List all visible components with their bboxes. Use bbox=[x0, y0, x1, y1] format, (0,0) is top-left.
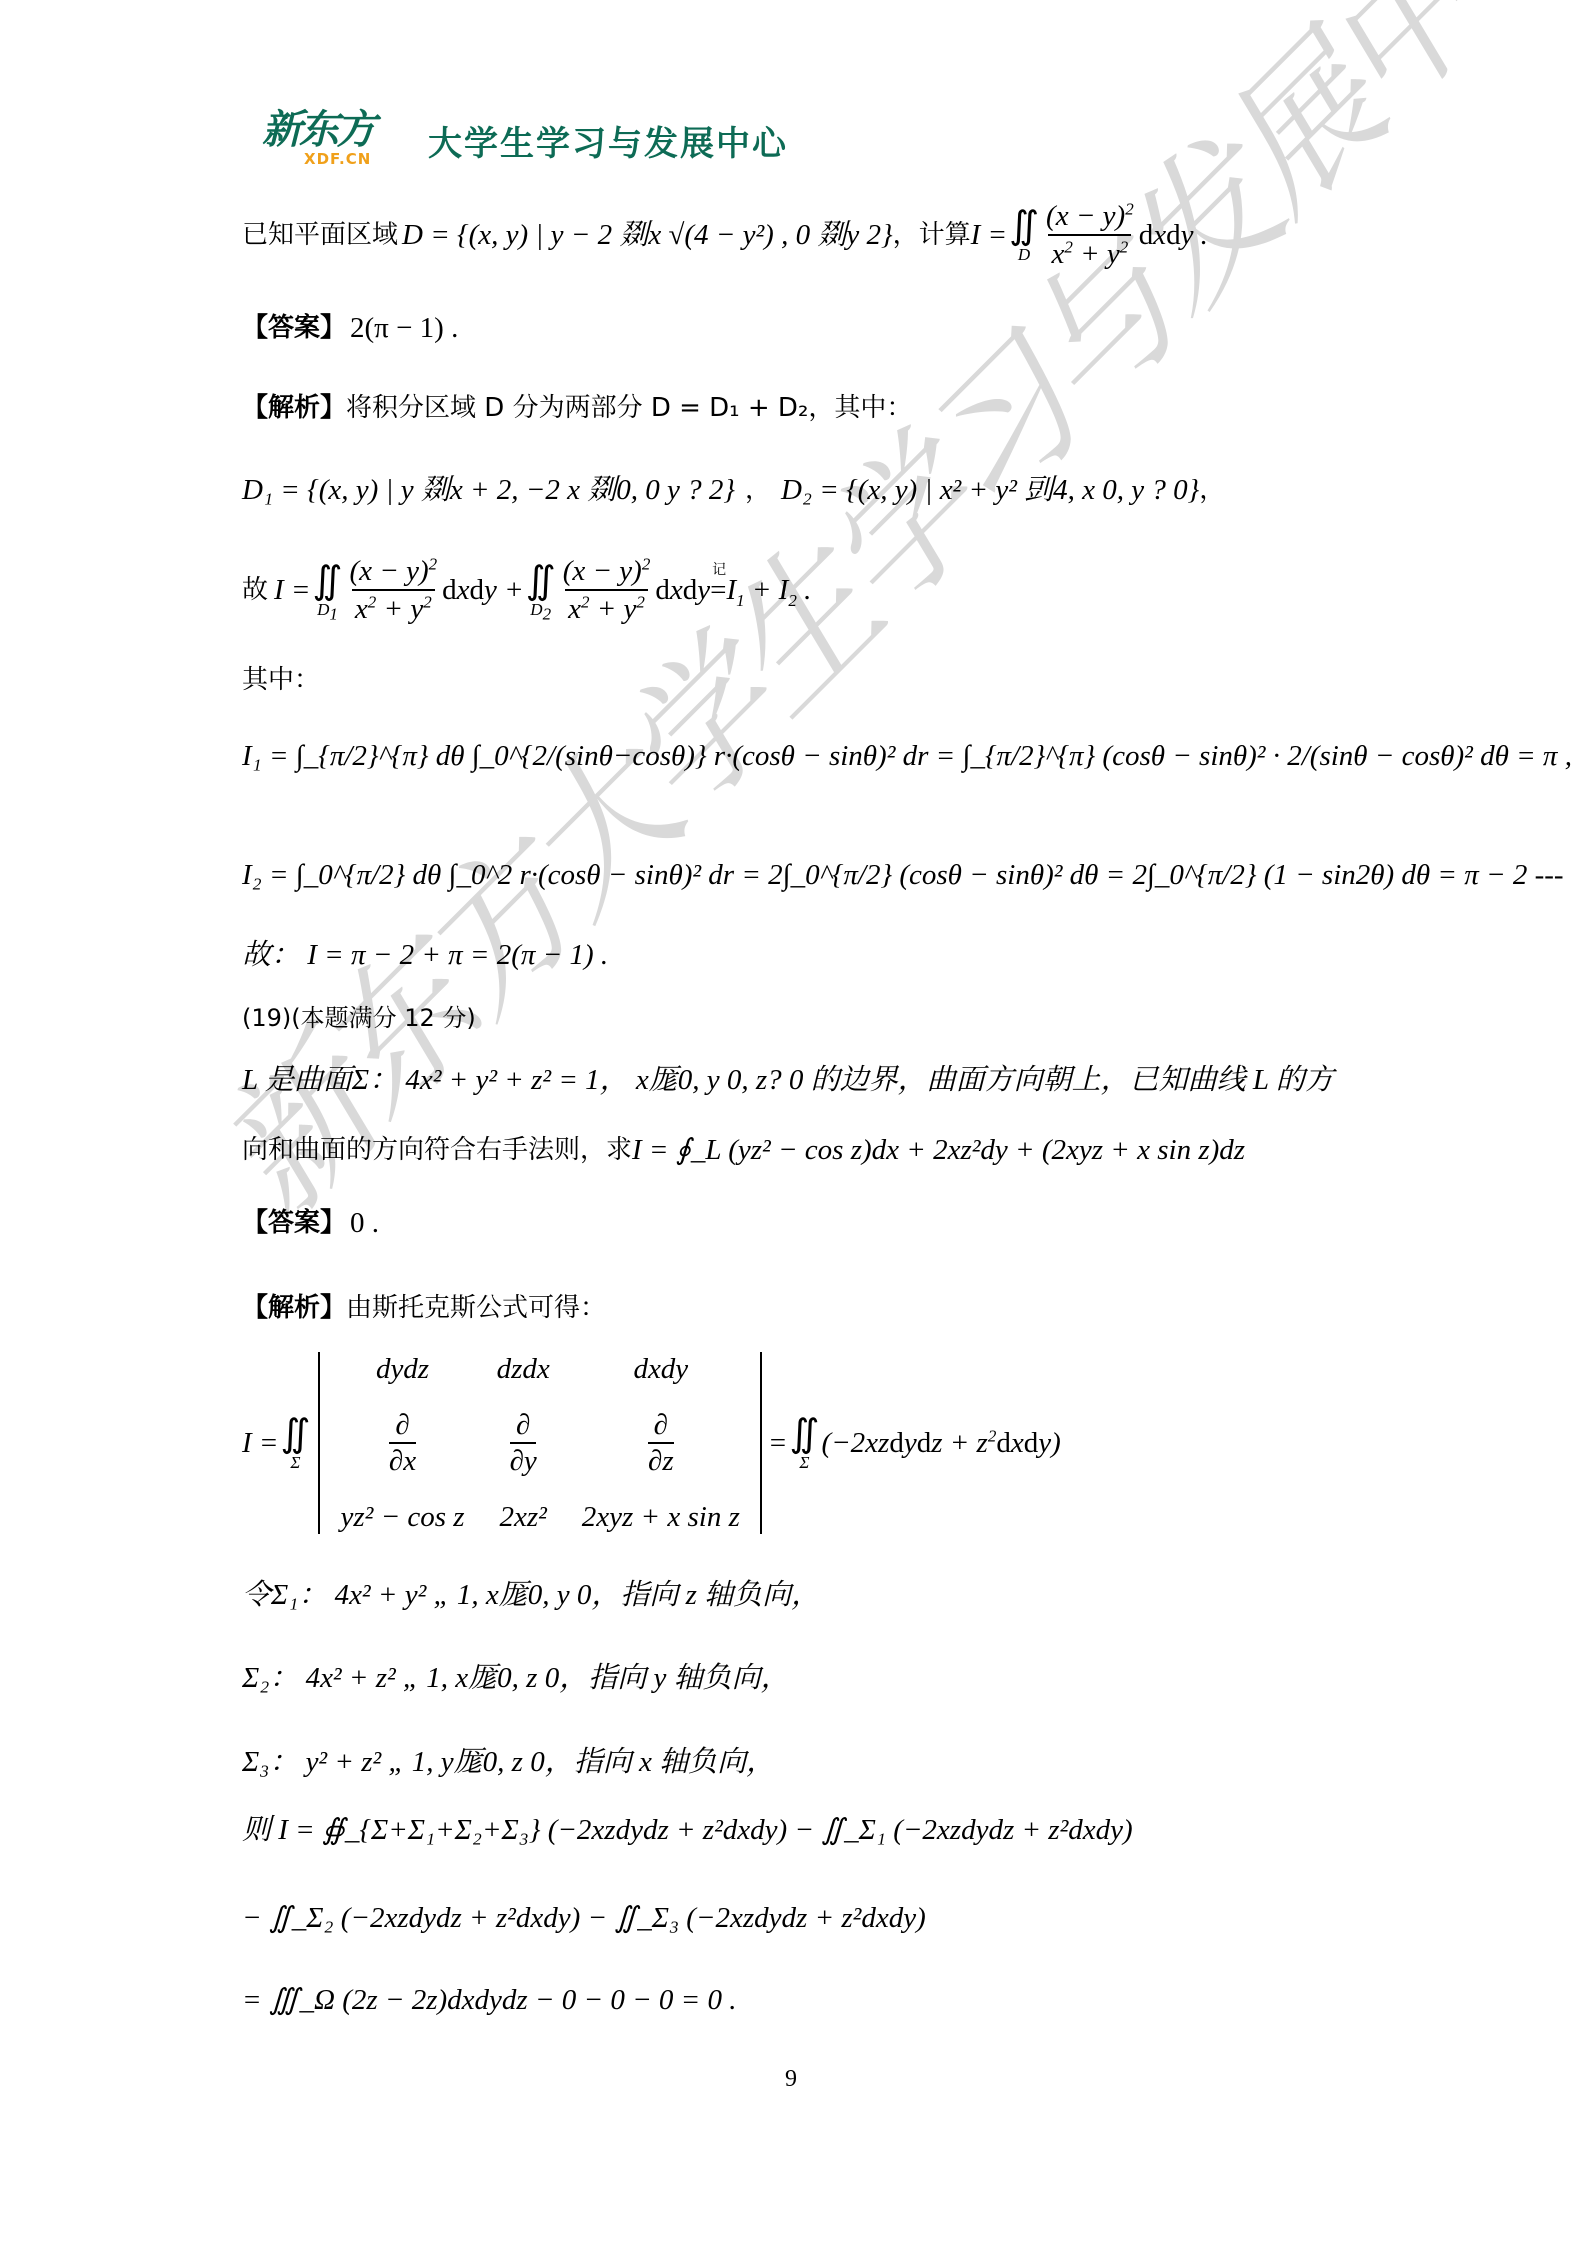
gauss-line1: 则 I = ∯_{Σ+Σ₁+Σ₂+Σ₃} (−2xzdydz + z²dxdy)… bbox=[242, 1812, 1133, 1848]
q19-analysis-intro: 【解析】 由斯托克斯公式可得： bbox=[242, 1290, 606, 1326]
q18-conclusion: 故： I = π − 2 + π = 2(π − 1) . bbox=[242, 937, 608, 973]
q18-stem: 已知平面区域 D = {(x, y) | y − 2 剟x √(4 − y²) … bbox=[242, 200, 1208, 270]
sigma1-definition: 令Σ₁： 4x² + y² „ 1, x厖0, y 0，指向 z 轴负向， bbox=[242, 1577, 820, 1613]
answer-label: 【答案】 bbox=[242, 1205, 346, 1241]
q18-where: 其中： bbox=[242, 662, 320, 698]
q19-heading: (19)(本题满分 12 分) bbox=[242, 1000, 476, 1036]
q18-i2-equation: I₂ = ∫_0^{π/2} dθ ∫_0^2 r·(cosθ − sinθ)²… bbox=[242, 857, 1564, 893]
q18-domains: D₁ = {(x, y) | y 剟x + 2, −2 x 剟0, 0 y ? … bbox=[242, 472, 1225, 508]
q18-i1-equation: I₁ = ∫_{π/2}^{π} dθ ∫_0^{2/(sinθ−cosθ)} … bbox=[242, 738, 1572, 774]
sigma3-definition: Σ₃： y² + z² „ 1, y厖0, z 0，指向 x 轴负向， bbox=[242, 1744, 775, 1780]
determinant-matrix: dydz ∂∂x yz² − cos z dzdx ∂∂y 2xz² dxdy … bbox=[318, 1352, 761, 1534]
q19-answer: 【答案】 0 . bbox=[242, 1205, 379, 1241]
q18-stem-mid: ，计算 bbox=[893, 217, 971, 253]
q18-answer: 【答案】 2(π − 1) . bbox=[242, 310, 458, 346]
analysis-label: 【解析】 bbox=[242, 1290, 346, 1326]
page-number: 9 bbox=[785, 2066, 797, 2093]
q19-stem-line1: L 是曲面Σ： 4x² + y² + z² = 1， x厖0, y 0, z? … bbox=[242, 1062, 1334, 1098]
document-body: 已知平面区域 D = {(x, y) | y − 2 剟x √(4 − y²) … bbox=[0, 0, 1587, 2245]
q18-analysis-intro: 【解析】 将积分区域 D 分为两部分 D = D₁ + D₂，其中： bbox=[242, 390, 912, 426]
stokes-determinant: I = ∬Σ dydz ∂∂x yz² − cos z dzdx ∂∂y 2xz… bbox=[242, 1352, 1061, 1534]
answer-value: 0 . bbox=[350, 1205, 379, 1241]
q18-stem-prefix: 已知平面区域 bbox=[242, 217, 398, 253]
q18-split-equation: 故I = ∬D1 (x − y)2x2 + y2 dxdy + ∬D2 (x −… bbox=[242, 555, 811, 625]
d1-definition: D₁ = {(x, y) | y 剟x + 2, −2 x 剟0, 0 y ? … bbox=[242, 472, 735, 508]
line-integral: I = ∮_L (yz² − cos z)dx + 2xz²dy + (2xyz… bbox=[632, 1132, 1245, 1168]
gauss-line3: = ∭_Ω (2z − 2z)dxdydz − 0 − 0 − 0 = 0 . bbox=[242, 1982, 736, 2018]
analysis-label: 【解析】 bbox=[242, 390, 346, 426]
gauss-line2: − ∬_Σ₂ (−2xzdydz + z²dxdy) − ∬_Σ₃ (−2xzd… bbox=[242, 1900, 926, 1936]
q18-integral: I = ∬D (x − y)2x2 + y2 dxdy . bbox=[971, 200, 1208, 270]
answer-label: 【答案】 bbox=[242, 310, 346, 346]
answer-value: 2(π − 1) . bbox=[350, 310, 458, 346]
where-label: 其中： bbox=[242, 662, 320, 698]
d2-definition: D₂ = {(x, y) | x² + y² 剅4, x 0, y ? 0} bbox=[781, 472, 1199, 508]
analysis-text: 由斯托克斯公式可得： bbox=[346, 1290, 606, 1326]
question-heading: (19)(本题满分 12 分) bbox=[242, 1000, 476, 1036]
stem-prefix: 向和曲面的方向符合右手法则，求 bbox=[242, 1132, 632, 1168]
q19-stem-line2: 向和曲面的方向符合右手法则，求 I = ∮_L (yz² − cos z)dx … bbox=[242, 1132, 1245, 1168]
q18-domain: D = {(x, y) | y − 2 剟x √(4 − y²) , 0 剟y … bbox=[402, 217, 893, 253]
sigma2-definition: Σ₂： 4x² + z² „ 1, x厖0, z 0，指向 y 轴负向， bbox=[242, 1660, 790, 1696]
analysis-text: 将积分区域 D 分为两部分 D = D₁ + D₂，其中： bbox=[346, 390, 912, 426]
